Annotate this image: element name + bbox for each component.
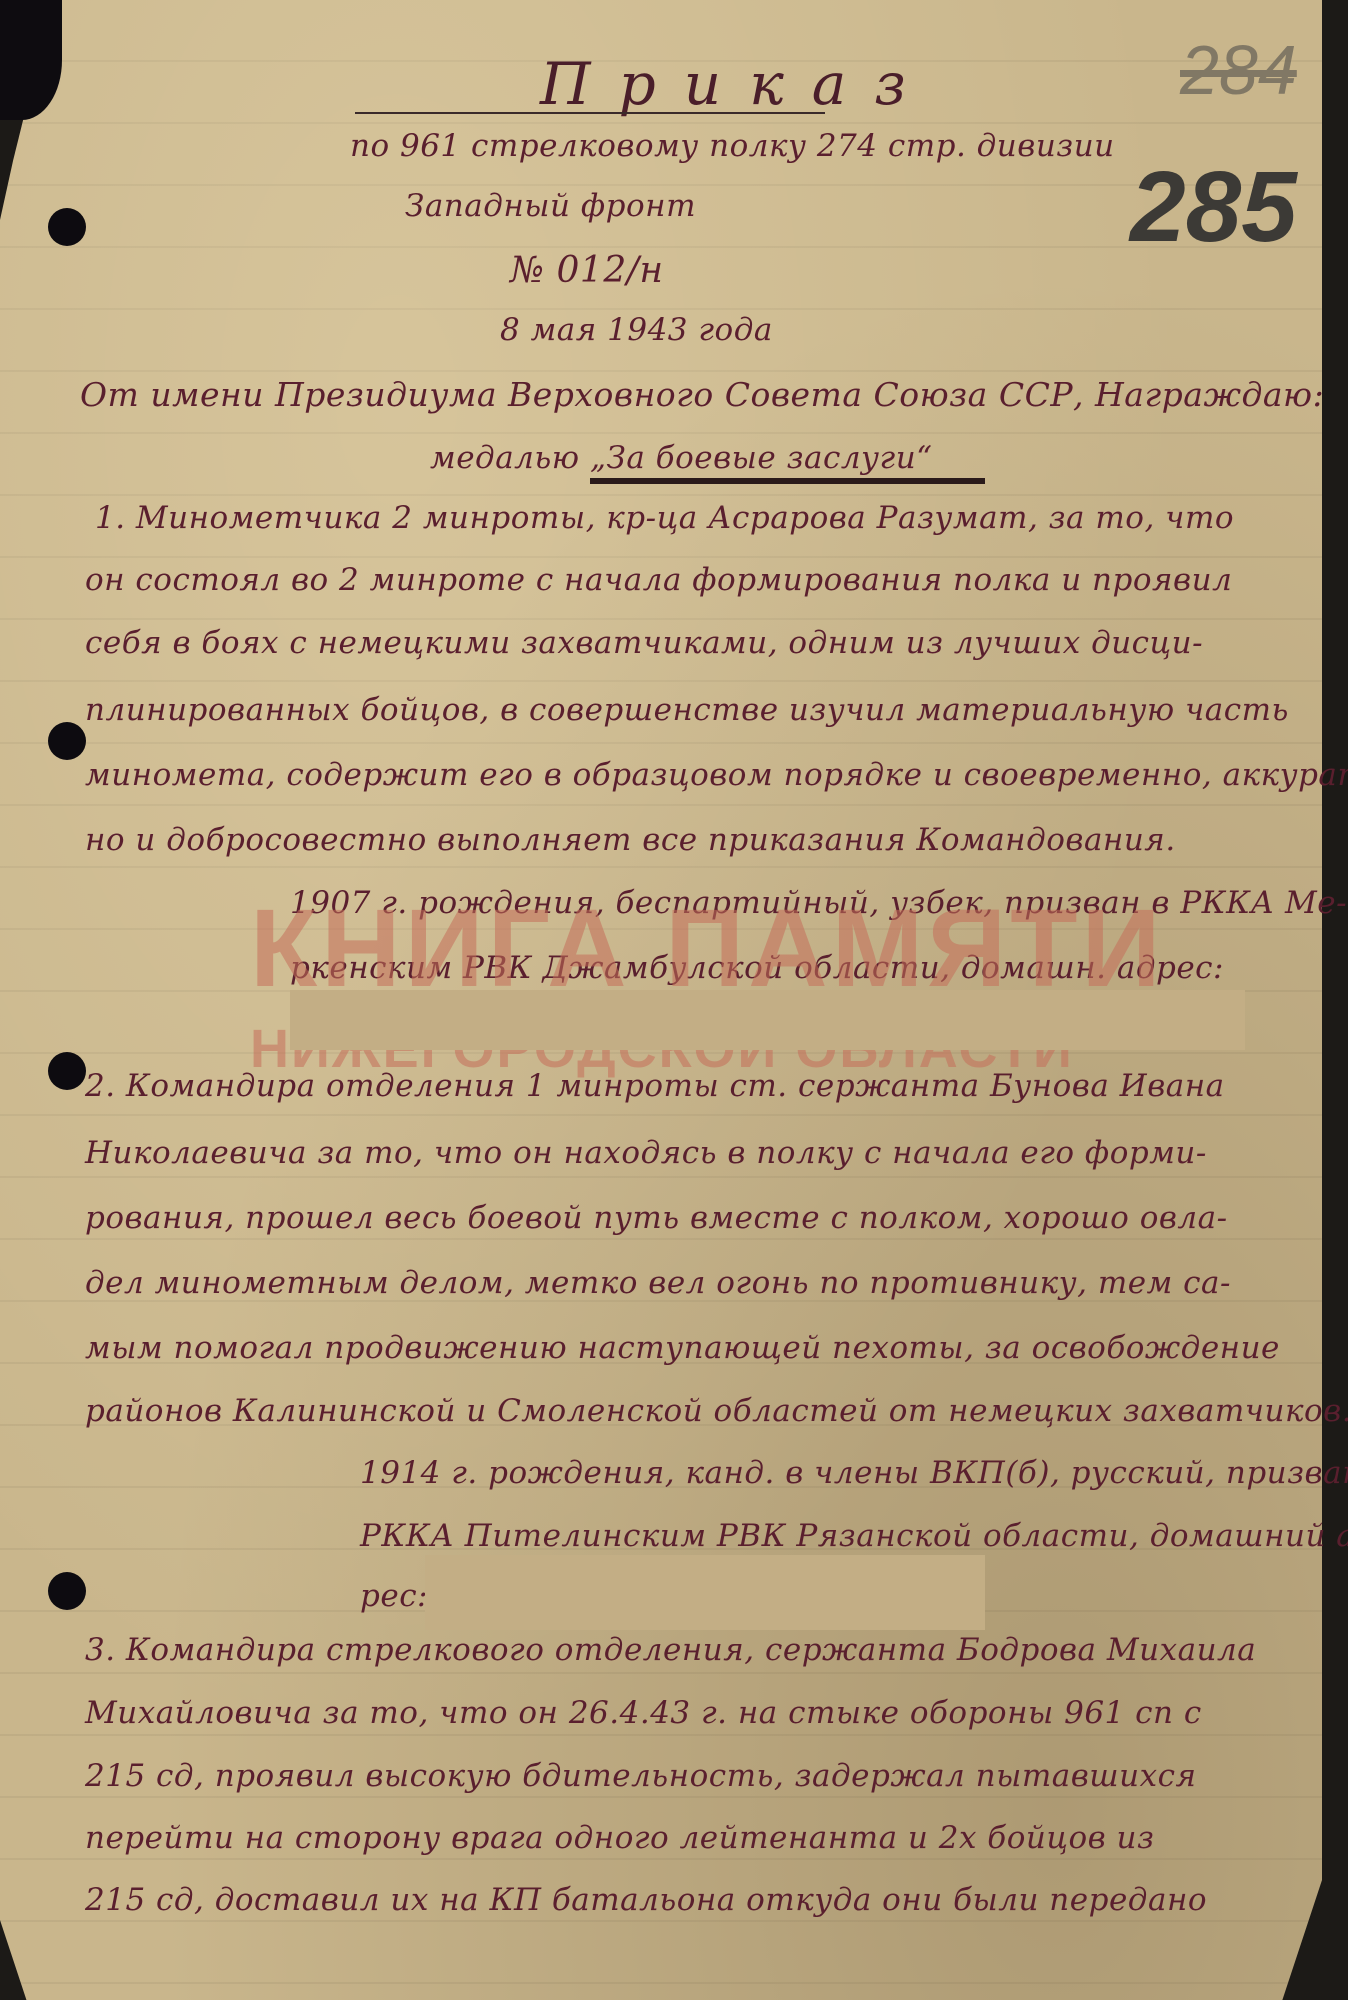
entry-2-line: Николаевича за то, что он находясь в пол… (85, 1135, 1207, 1171)
entry-3-line: 215 сд, проявил высокую бдительность, за… (85, 1758, 1197, 1794)
entry-2-line: мым помогал продвижению наступающей пехо… (85, 1330, 1280, 1366)
redacted-address (425, 1555, 985, 1630)
entry-3-line: 215 сд, доставил их на КП батальона отку… (85, 1882, 1207, 1918)
entry-1-line: но и добросовестно выполняет все приказа… (85, 822, 1176, 858)
header-front: Западный фронт (405, 188, 696, 224)
entry-1-bio: ркенским РВК Джамбулской области, домашн… (290, 950, 1224, 986)
entry-1-line: миномета, содержит его в образцовом поря… (85, 757, 1348, 793)
entry-2-line: районов Калининской и Смоленской областе… (85, 1393, 1348, 1429)
redacted-address (290, 990, 1245, 1050)
entry-1-line: он состоял во 2 минроте с начала формиро… (85, 562, 1232, 598)
title-underline (355, 112, 825, 114)
award-underline (590, 478, 985, 484)
entry-3-line: 3. Командира стрелкового отделения, серж… (85, 1632, 1256, 1668)
entry-3-line: Михайловича за то, что он 26.4.43 г. на … (85, 1695, 1202, 1731)
punch-hole (48, 1052, 86, 1090)
entry-2-line: 2. Командира отделения 1 минроты ст. сер… (85, 1068, 1225, 1104)
entry-2-line: рования, прошел весь боевой путь вместе … (85, 1200, 1228, 1236)
sheet-number-crossed: 284 (1180, 30, 1297, 110)
entry-1-line: себя в боях с немецкими захватчиками, од… (85, 625, 1203, 661)
order-number: № 012/н (510, 250, 664, 291)
order-date: 8 мая 1943 года (500, 312, 773, 348)
award-name: медалью „За боевые заслуги“ (430, 440, 933, 476)
entry-2-bio: 1914 г. рождения, канд. в члены ВКП(б), … (360, 1455, 1348, 1491)
entry-2-line: дел минометным делом, метко вел огонь по… (85, 1265, 1231, 1301)
header-unit: по 961 стрелковому полку 274 стр. дивизи… (350, 128, 1115, 164)
sheet-number: 285 (1130, 150, 1297, 265)
entry-3-line: перейти на сторону врага одного лейтенан… (85, 1820, 1154, 1856)
document-title: Приказ (540, 50, 934, 118)
entry-2-bio: рес: (360, 1578, 428, 1614)
entry-2-bio: РККА Пителинским РВК Рязанской области, … (360, 1518, 1348, 1554)
preamble: От имени Президиума Верховного Совета Со… (80, 375, 1324, 414)
punch-hole (48, 722, 86, 760)
entry-1-line: 1. Минометчика 2 минроты, кр-ца Асрарова… (95, 500, 1234, 536)
punch-hole (48, 208, 86, 246)
entry-1-bio: 1907 г. рождения, беспартийный, узбек, п… (290, 885, 1347, 921)
entry-1-line: плинированных бойцов, в совершенстве изу… (85, 692, 1289, 728)
punch-hole (48, 1572, 86, 1610)
